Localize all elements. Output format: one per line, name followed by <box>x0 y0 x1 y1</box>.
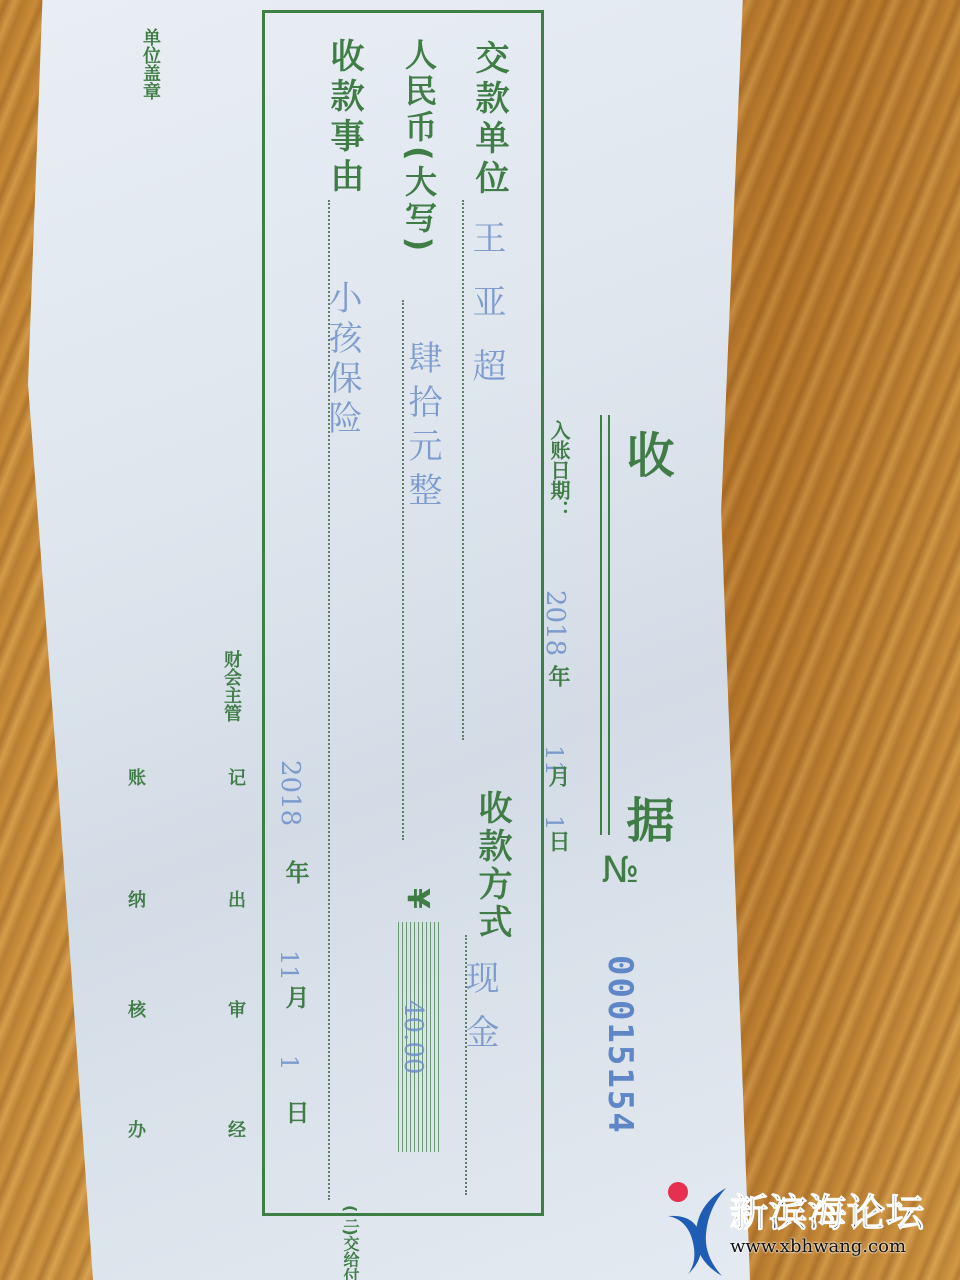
bottom-date-year-label: 年 <box>278 860 313 884</box>
sig-auditor-1: 审 <box>222 1000 248 1018</box>
payment-method-value: 现金 <box>455 960 504 1068</box>
unit-stamp-label: 单位盖章 <box>105 28 185 100</box>
watermark-url: www.xbhwang.com <box>730 1236 906 1257</box>
reason-value: 小孩保险 <box>318 280 367 440</box>
amount-numeric-value: 40.00 <box>398 1000 428 1074</box>
watermark-title: 新滨海论坛 <box>730 1182 925 1237</box>
sig-auditor-2: 核 <box>122 1000 148 1018</box>
forum-logo-icon <box>660 1178 730 1278</box>
bottom-date-month: 11 <box>275 950 303 981</box>
entry-date-month-label: 月 <box>542 765 573 787</box>
sig-bookkeeper-1: 记 <box>222 768 248 786</box>
sig-cashier-1: 出 <box>222 890 248 908</box>
bottom-date-month-label: 月 <box>278 985 313 1009</box>
payer-value: 王亚超 <box>462 220 511 412</box>
title-double-underline <box>600 415 610 835</box>
entry-date-year-label: 年 <box>542 665 573 687</box>
field-label-amount-words: 人民币(大写) <box>396 38 442 255</box>
sig-handler-1: 经 <box>222 1120 248 1138</box>
sig-cashier-2: 纳 <box>122 890 148 908</box>
serial-number: 00015154 <box>600 955 640 1135</box>
bottom-date-day: 1 <box>275 1055 303 1070</box>
sig-handler-2: 办 <box>122 1120 148 1138</box>
forum-watermark: 新滨海论坛 www.xbhwang.com <box>660 1178 960 1278</box>
entry-date-day: 1 <box>540 815 568 830</box>
bottom-date-day-label: 日 <box>278 1100 313 1124</box>
entry-date-label: 入账日期： <box>545 420 574 520</box>
field-label-reason: 收款事由 <box>320 38 369 198</box>
entry-date-year: 2018 <box>540 590 570 656</box>
yuan-symbol: ¥ <box>400 888 435 909</box>
field-label-payer: 交款单位 <box>465 40 514 200</box>
entry-date-day-label: 日 <box>542 830 573 852</box>
bottom-date-year: 2018 <box>275 760 305 826</box>
copy-note: (三)交给付款单位 <box>290 1205 360 1270</box>
amount-words-value: 肆拾元整 <box>398 340 447 516</box>
payment-method-label: 收款方式 <box>468 790 517 942</box>
sig-bookkeeper-2: 账 <box>122 768 148 786</box>
receipt-title-char-1: 收 <box>612 430 681 478</box>
receipt-title-char-2: 据 <box>612 795 681 843</box>
number-sign: № <box>600 850 641 891</box>
sig-finance-manager-1: 财会主管 <box>222 650 240 722</box>
